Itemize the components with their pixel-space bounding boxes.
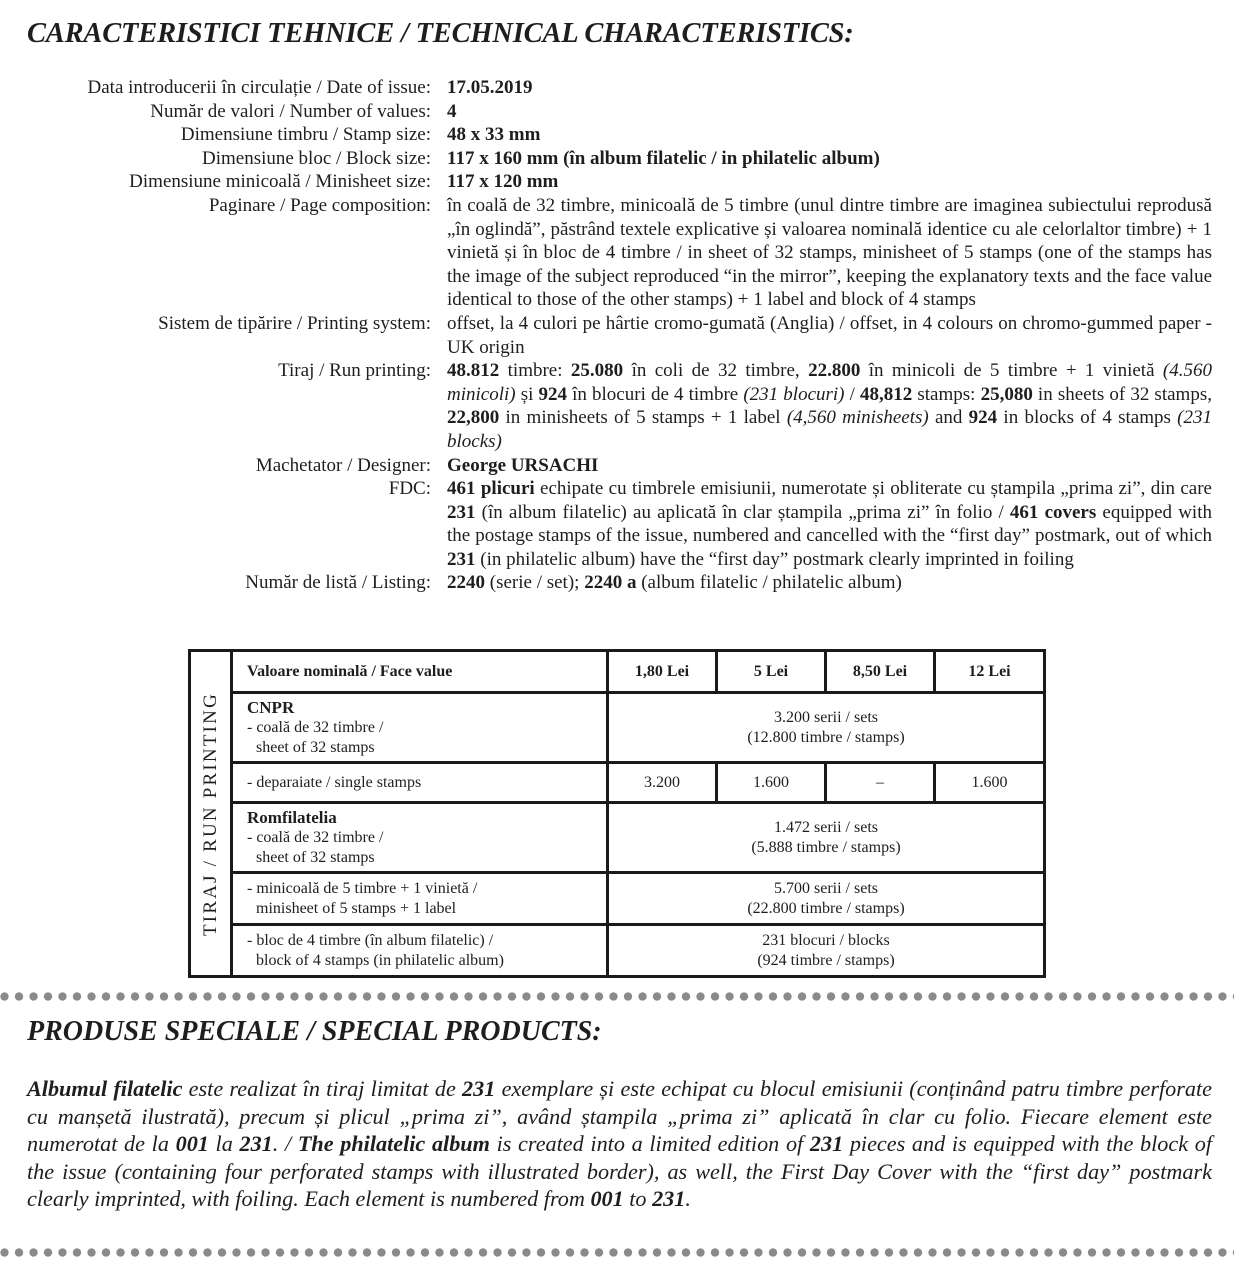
table-row: - minicoală de 5 timbre + 1 vinietă /min…: [190, 873, 1045, 925]
text: stamps:: [912, 384, 980, 405]
bold-text: 2240: [447, 572, 485, 593]
merged-value-cell: 1.472 serii / sets(5.888 timbre / stamps…: [608, 803, 1045, 873]
spec-label: FDC:: [0, 477, 431, 571]
row-description: - bloc de 4 timbre (în album filatelic) …: [232, 925, 608, 977]
bold-text: 231: [652, 1186, 685, 1211]
text: in blocks of 4 stamps: [997, 407, 1177, 428]
spec-value: 117 x 120 mm: [447, 170, 1212, 194]
special-products-heading: PRODUSE SPECIALE / SPECIAL PRODUCTS:: [27, 1016, 602, 1048]
row-line: - bloc de 4 timbre (în album filatelic) …: [247, 931, 592, 951]
table-row: - bloc de 4 timbre (în album filatelic) …: [190, 925, 1045, 977]
value-cell: 1.600: [935, 763, 1045, 803]
side-label-cell: TIRAJ / RUN PRINTING: [190, 651, 232, 977]
spec-value: 48 x 33 mm: [447, 123, 1212, 147]
spec-row: Sistem de tipărire / Printing system:off…: [0, 312, 1234, 359]
side-label: TIRAJ / RUN PRINTING: [201, 804, 221, 824]
spec-value: 48.812 timbre: 25.080 în coli de 32 timb…: [447, 359, 1212, 453]
spec-row: FDC:461 plicuri echipate cu timbrele emi…: [0, 477, 1234, 571]
row-line: - minicoală de 5 timbre + 1 vinietă /: [247, 879, 592, 899]
text: și: [516, 384, 539, 405]
spec-value: 2240 (serie / set); 2240 a (album filate…: [447, 571, 1212, 595]
spec-value: 4: [447, 100, 1212, 124]
spec-label: Dimensiune timbru / Stamp size:: [0, 123, 431, 147]
spec-row: Număr de listă / Listing:2240 (serie / s…: [0, 571, 1234, 595]
spec-row: Dimensiune bloc / Block size:117 x 160 m…: [0, 147, 1234, 171]
spec-value: 461 plicuri echipate cu timbrele emisiun…: [447, 477, 1212, 571]
italic-text: (4,560 minisheets): [787, 407, 929, 428]
text: /: [845, 384, 861, 405]
spec-label: Paginare / Page composition:: [0, 194, 431, 312]
merged-line: 3.200 serii / sets: [613, 708, 1039, 728]
value-cell: –: [826, 763, 935, 803]
merged-line: (5.888 timbre / stamps): [613, 838, 1039, 858]
dotted-divider: [0, 992, 1234, 1002]
text: în blocuri de 4 timbre: [567, 384, 743, 405]
bold-text: George URSACHI: [447, 455, 598, 476]
row-line: - coală de 32 timbre /: [247, 828, 592, 848]
row-title: Romfilatelia: [247, 808, 592, 828]
spec-label: Tiraj / Run printing:: [0, 359, 431, 453]
bold-text: Albumul filatelic: [27, 1076, 182, 1101]
text: is created into a limited edition of: [490, 1131, 810, 1156]
merged-value-cell: 5.700 serii / sets(22.800 timbre / stamp…: [608, 873, 1045, 925]
bold-text: 461 covers: [1010, 502, 1096, 523]
text: timbre:: [499, 360, 571, 381]
row-line: - deparaiate / single stamps: [247, 773, 592, 793]
merged-line: (924 timbre / stamps): [613, 951, 1039, 971]
bold-text: 22.800: [808, 360, 860, 381]
row-description: CNPR- coală de 32 timbre /sheet of 32 st…: [232, 693, 608, 763]
text: to: [624, 1186, 652, 1211]
bold-text: 001: [590, 1186, 623, 1211]
spec-label: Data introducerii în circulație / Date o…: [0, 76, 431, 100]
spec-label: Dimensiune bloc / Block size:: [0, 147, 431, 171]
spec-label: Machetator / Designer:: [0, 454, 431, 478]
spec-label: Sistem de tipărire / Printing system:: [0, 312, 431, 359]
text: (serie / set);: [485, 572, 584, 593]
spec-row: Tiraj / Run printing:48.812 timbre: 25.0…: [0, 359, 1234, 453]
table-row: Romfilatelia- coală de 32 timbre /sheet …: [190, 803, 1045, 873]
spec-label: Dimensiune minicoală / Minisheet size:: [0, 170, 431, 194]
special-products-paragraph: Albumul filatelic este realizat în tiraj…: [27, 1075, 1212, 1213]
value-cell: 3.200: [608, 763, 717, 803]
row-line: sheet of 32 stamps: [247, 738, 592, 758]
face-value: 8,50 Lei: [826, 651, 935, 693]
table-row: - deparaiate / single stamps3.2001.600–1…: [190, 763, 1045, 803]
row-line: sheet of 32 stamps: [247, 848, 592, 868]
merged-value-cell: 3.200 serii / sets(12.800 timbre / stamp…: [608, 693, 1045, 763]
bold-text: 25,080: [981, 384, 1033, 405]
spec-value: George URSACHI: [447, 454, 1212, 478]
text: în coală de 32 timbre, minicoală de 5 ti…: [447, 195, 1212, 310]
text: la: [209, 1131, 240, 1156]
bold-text: 4: [447, 101, 457, 122]
bold-text: 48,812: [860, 384, 912, 405]
spec-row: Dimensiune timbru / Stamp size:48 x 33 m…: [0, 123, 1234, 147]
text: and: [929, 407, 969, 428]
text: in sheets of 32 stamps,: [1033, 384, 1212, 405]
bold-text: 231: [462, 1076, 495, 1101]
merged-line: 231 blocuri / blocks: [613, 931, 1039, 951]
face-value-label: Valoare nominală / Face value: [232, 651, 608, 693]
bold-text: 231: [239, 1131, 272, 1156]
spec-value: 117 x 160 mm (în album filatelic / in ph…: [447, 147, 1212, 171]
bold-text: 25.080: [571, 360, 623, 381]
merged-value-cell: 231 blocuri / blocks(924 timbre / stamps…: [608, 925, 1045, 977]
bold-text: The philatelic album: [298, 1131, 490, 1156]
row-line: minisheet of 5 stamps + 1 label: [247, 899, 592, 919]
spec-row: Dimensiune minicoală / Minisheet size:11…: [0, 170, 1234, 194]
bold-text: 924: [539, 384, 568, 405]
face-value: 12 Lei: [935, 651, 1045, 693]
bold-text: 2240 a: [584, 572, 636, 593]
run-printing-table: TIRAJ / RUN PRINTINGValoare nominală / F…: [188, 649, 1046, 978]
spec-label: Număr de listă / Listing:: [0, 571, 431, 595]
table-header-row: TIRAJ / RUN PRINTINGValoare nominală / F…: [190, 651, 1045, 693]
value-cell: 1.600: [717, 763, 826, 803]
bold-text: 22,800: [447, 407, 499, 428]
bold-text: 48 x 33 mm: [447, 124, 540, 145]
bold-text: 48.812: [447, 360, 499, 381]
text: în coli de 32 timbre,: [623, 360, 808, 381]
bold-text: 001: [176, 1131, 209, 1156]
row-line: block of 4 stamps (in philatelic album): [247, 951, 592, 971]
text: în minicoli de 5 timbre + 1 vinietă: [860, 360, 1163, 381]
bold-text: 461 plicuri: [447, 478, 535, 499]
spec-value: în coală de 32 timbre, minicoală de 5 ti…: [447, 194, 1212, 312]
italic-text: (231 blocuri): [743, 384, 844, 405]
row-title: CNPR: [247, 698, 592, 718]
text: este realizat în tiraj limitat de: [182, 1076, 462, 1101]
face-value: 1,80 Lei: [608, 651, 717, 693]
bold-text: 231: [810, 1131, 843, 1156]
spec-row: Data introducerii în circulație / Date o…: [0, 76, 1234, 100]
row-description: - deparaiate / single stamps: [232, 763, 608, 803]
merged-line: 5.700 serii / sets: [613, 879, 1039, 899]
text: echipate cu timbrele emisiunii, numerota…: [535, 478, 1212, 499]
spec-value: 17.05.2019: [447, 76, 1212, 100]
bold-text: 231: [447, 549, 476, 570]
text: offset, la 4 culori pe hârtie cromo-guma…: [447, 313, 1212, 358]
bold-text: 924: [969, 407, 998, 428]
row-description: Romfilatelia- coală de 32 timbre /sheet …: [232, 803, 608, 873]
spec-label: Număr de valori / Number of values:: [0, 100, 431, 124]
text: .: [685, 1186, 691, 1211]
spec-row: Machetator / Designer:George URSACHI: [0, 454, 1234, 478]
text: (in philatelic album) have the “first da…: [476, 549, 1074, 570]
spec-value: offset, la 4 culori pe hârtie cromo-guma…: [447, 312, 1212, 359]
bold-text: 231: [447, 502, 476, 523]
table-row: CNPR- coală de 32 timbre /sheet of 32 st…: [190, 693, 1045, 763]
text: in minisheets of 5 stamps + 1 label: [499, 407, 787, 428]
technical-characteristics-heading: CARACTERISTICI TEHNICE / TECHNICAL CHARA…: [27, 18, 854, 50]
face-value: 5 Lei: [717, 651, 826, 693]
spec-row: Număr de valori / Number of values:4: [0, 100, 1234, 124]
merged-line: (12.800 timbre / stamps): [613, 728, 1039, 748]
text: . /: [273, 1131, 298, 1156]
bold-text: 117 x 120 mm: [447, 171, 558, 192]
text: (în album filatelic) au aplicată în clar…: [476, 502, 1010, 523]
spec-row: Paginare / Page composition:în coală de …: [0, 194, 1234, 312]
row-line: - coală de 32 timbre /: [247, 718, 592, 738]
row-description: - minicoală de 5 timbre + 1 vinietă /min…: [232, 873, 608, 925]
bold-text: 117 x 160 mm (în album filatelic / in ph…: [447, 148, 880, 169]
merged-line: 1.472 serii / sets: [613, 818, 1039, 838]
spec-list: Data introducerii în circulație / Date o…: [0, 76, 1234, 595]
bold-text: 17.05.2019: [447, 77, 533, 98]
dotted-divider: [0, 1248, 1234, 1258]
text: (album filatelic / philatelic album): [636, 572, 901, 593]
merged-line: (22.800 timbre / stamps): [613, 899, 1039, 919]
